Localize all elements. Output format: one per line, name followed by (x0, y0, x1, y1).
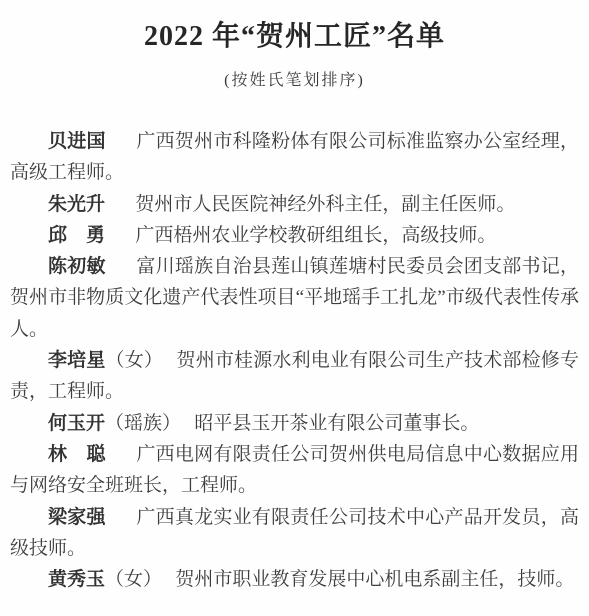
craftsman-list: 贝进国广西贺州市科隆粉体有限公司标准监察办公室经理，高级工程师。朱光升贺州市人民… (0, 126, 589, 595)
document-title: 2022 年“贺州工匠”名单 (0, 0, 589, 54)
list-entry: 贝进国广西贺州市科隆粉体有限公司标准监察办公室经理，高级工程师。 (10, 126, 579, 189)
entry-name: 何玉开 (48, 413, 105, 434)
entry-description: 贺州市人民医院神经外科主任，副主任医师。 (135, 194, 515, 215)
entry-name: 贝进国 (48, 131, 106, 152)
list-entry: 何玉开（瑶族）昭平县玉开茶业有限公司董事长。 (10, 408, 579, 439)
entry-name-suffix: （女） (106, 350, 164, 371)
list-entry: 陈初敏富川瑶族自治县莲山镇莲塘村民委员会团支部书记，贺州市非物质文化遗产代表性项… (10, 251, 579, 345)
entry-name: 李培星 (48, 350, 106, 371)
entry-name: 朱光升 (48, 194, 105, 215)
list-entry: 邱 勇广西梧州农业学校教研组组长，高级技师。 (10, 220, 579, 251)
list-entry: 黄秀玉（女）贺州市职业教育发展中心机电系副主任，技师。 (10, 564, 579, 595)
entry-description: 广西梧州农业学校教研组组长，高级技师。 (135, 225, 496, 246)
list-entry: 朱光升贺州市人民医院神经外科主任，副主任医师。 (10, 189, 579, 220)
document-subtitle: (按姓氏笔划排序) (0, 67, 589, 90)
entry-description: 贺州市职业教育发展中心机电系副主任，技师。 (175, 569, 574, 590)
document-page: 2022 年“贺州工匠”名单 (按姓氏笔划排序) 贝进国广西贺州市科隆粉体有限公… (0, 0, 589, 616)
entry-description: 昭平县玉开茶业有限公司董事长。 (194, 413, 479, 434)
entry-name: 邱 勇 (48, 225, 105, 246)
entry-name: 黄秀玉 (48, 569, 105, 590)
entry-name: 梁家强 (48, 507, 106, 528)
list-entry: 李培星（女）贺州市桂源水利电业有限公司生产技术部检修专责，工程师。 (10, 345, 579, 408)
entry-name: 陈初敏 (48, 256, 106, 277)
entry-name: 林 聪 (48, 444, 106, 465)
list-entry: 林 聪广西电网有限责任公司贺州供电局信息中心数据应用与网络安全班班长，工程师。 (10, 439, 579, 502)
list-entry: 梁家强广西真龙实业有限责任公司技术中心产品开发员，高级技师。 (10, 502, 579, 565)
entry-name-suffix: （瑶族） (105, 413, 181, 434)
entry-name-suffix: （女） (105, 569, 162, 590)
